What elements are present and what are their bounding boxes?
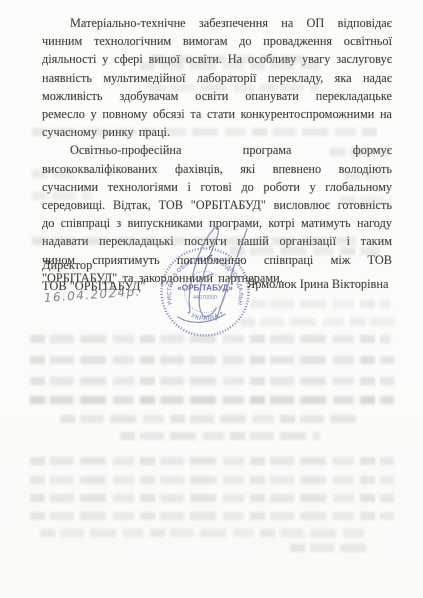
signer-title: Директор xyxy=(42,258,92,273)
handwritten-signature xyxy=(150,212,280,337)
bleedthrough-line xyxy=(30,377,394,385)
bleedthrough-line xyxy=(30,476,394,484)
bleedthrough-line xyxy=(30,457,394,465)
bleedthrough-line xyxy=(30,494,394,502)
bleedthrough-line xyxy=(30,512,394,520)
bleedthrough-line xyxy=(120,432,320,440)
paragraph-material-support: Матеріально-технічне забезпечення на ОП … xyxy=(42,14,392,141)
bleedthrough-line xyxy=(30,356,394,364)
bleedthrough-line xyxy=(60,415,360,423)
scanned-letter-page: Матеріально-технічне забезпечення на ОП … xyxy=(0,0,423,598)
bleedthrough-line xyxy=(290,544,370,552)
bleedthrough-line xyxy=(30,396,394,404)
bleedthrough-line xyxy=(40,529,370,537)
